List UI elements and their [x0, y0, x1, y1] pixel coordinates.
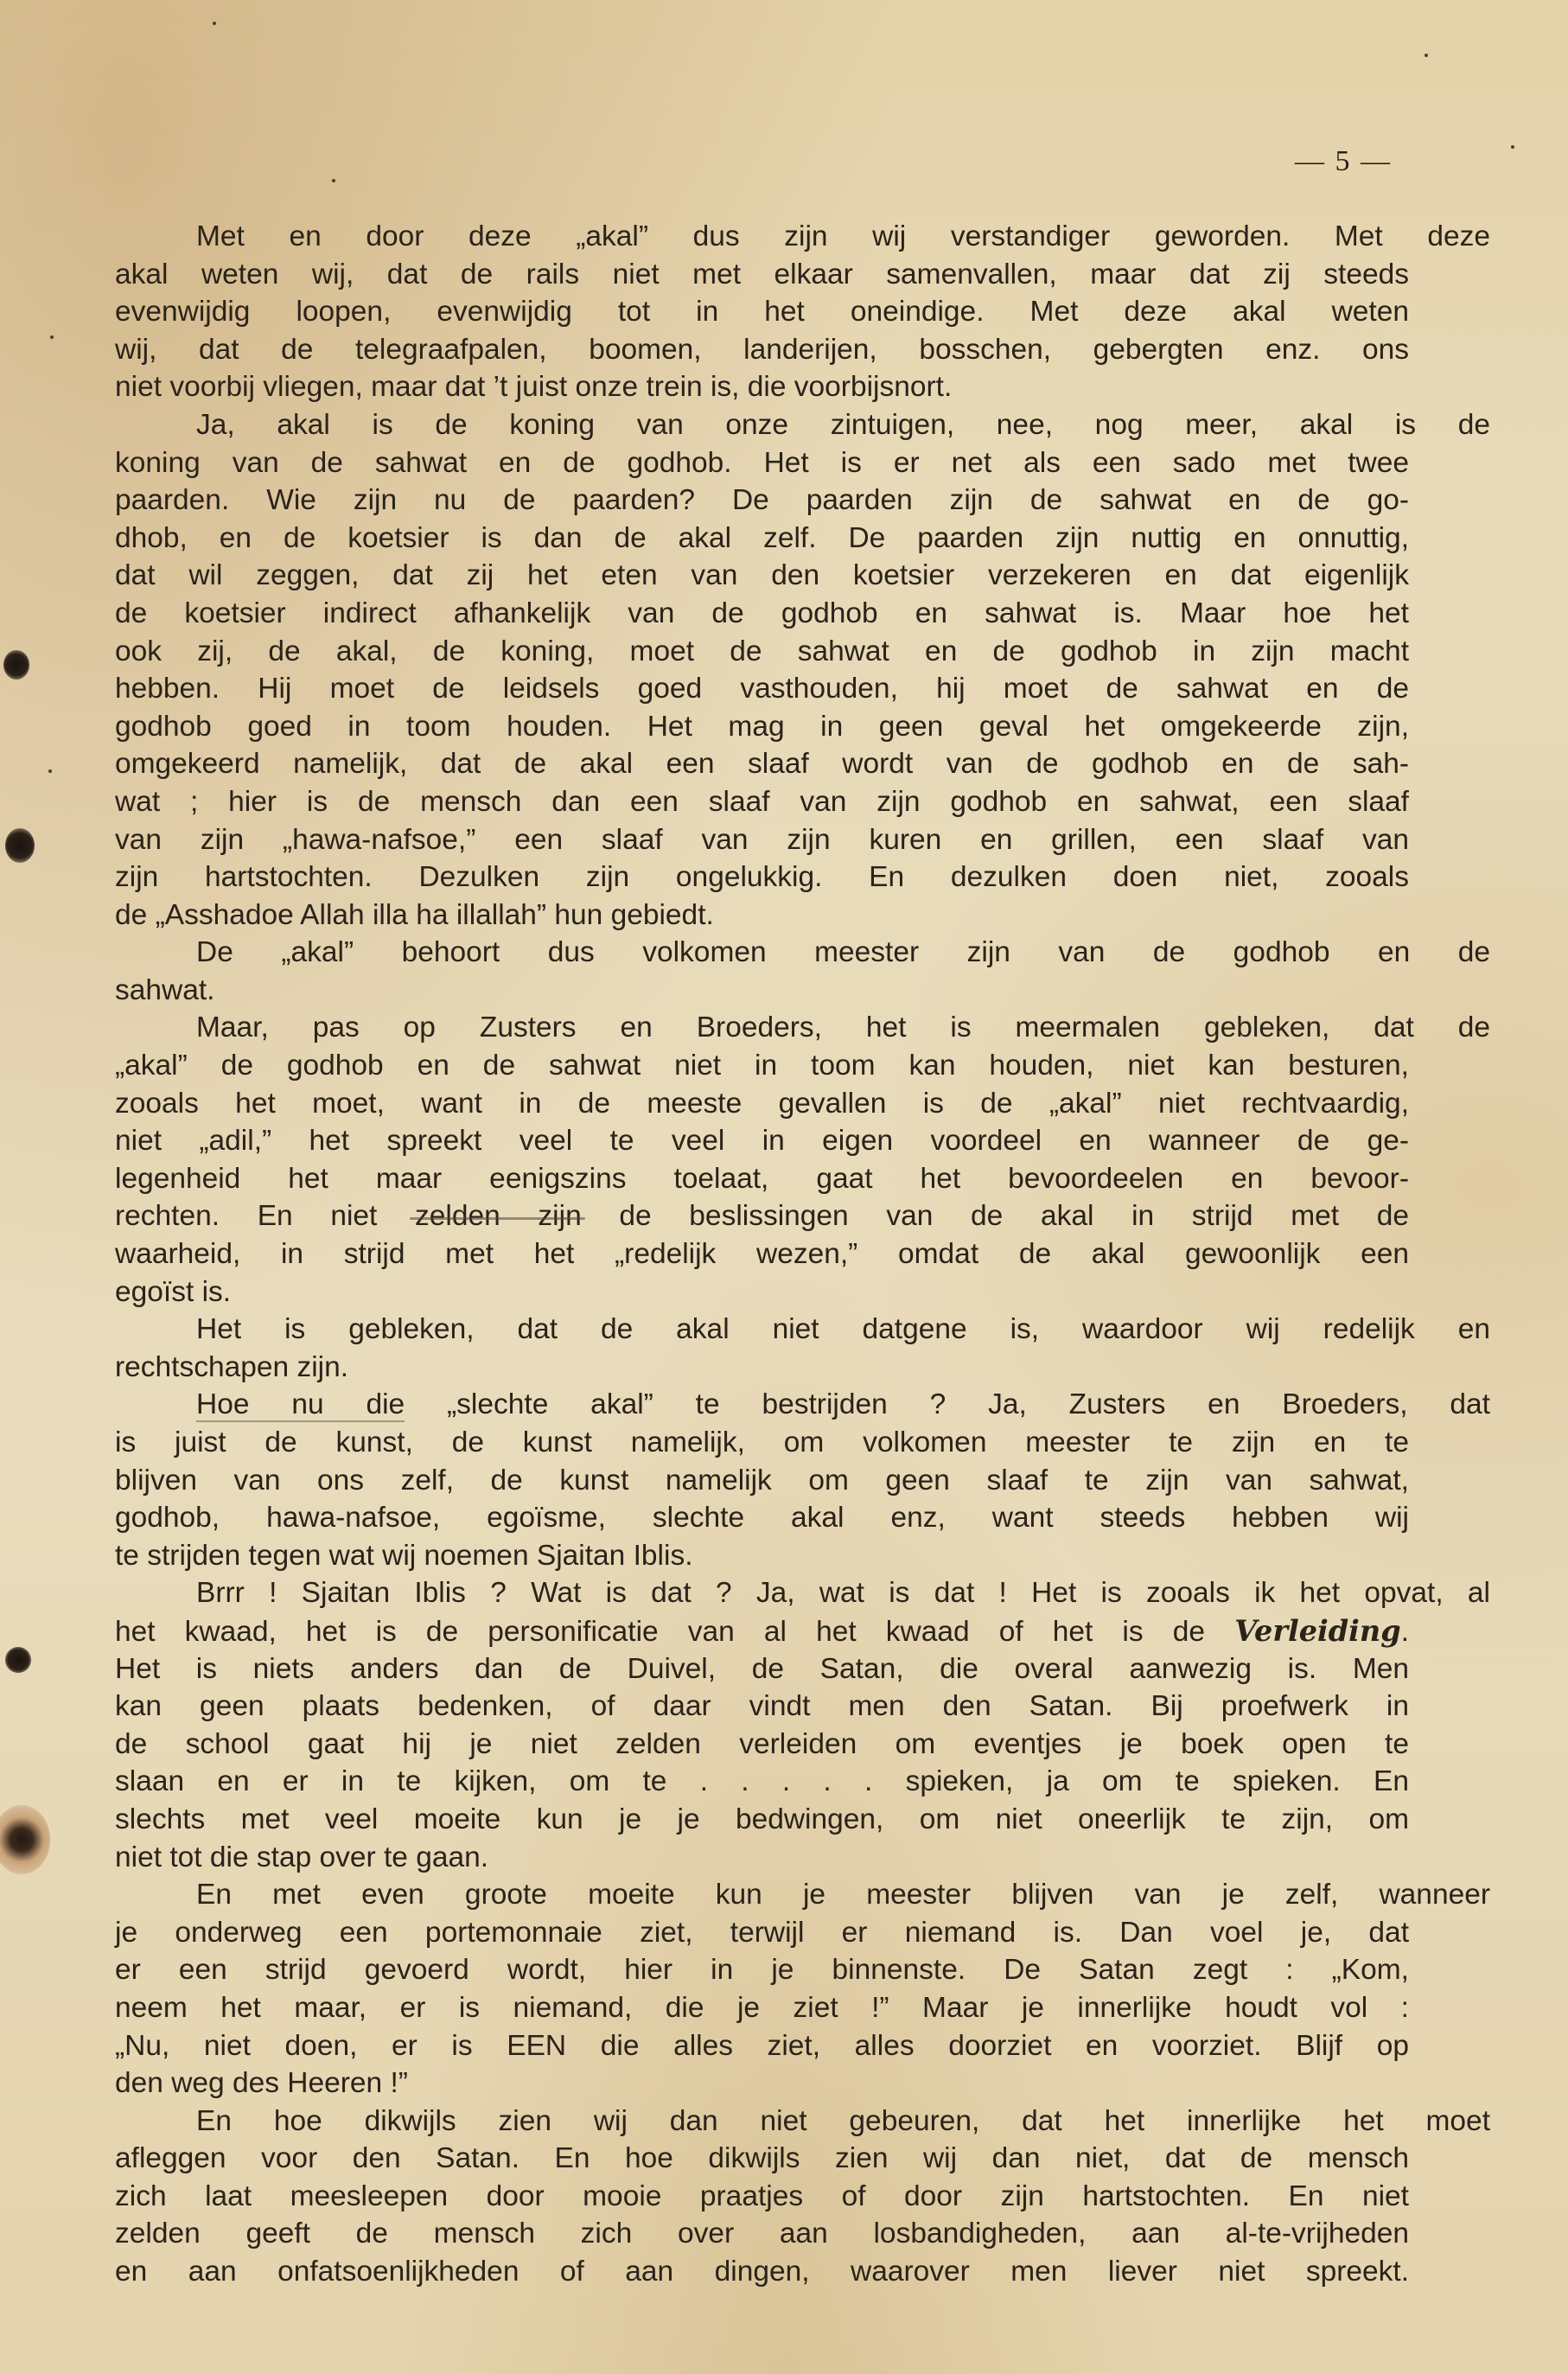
- text-line: En hoe dikwijls zien wij dan niet gebeur…: [115, 2103, 1490, 2141]
- ink-blot: [5, 1647, 31, 1673]
- text-line: godhob, hawa-nafsoe, egoïsme, slechte ak…: [115, 1499, 1409, 1537]
- scanned-page: — 5 — Met en door deze „akal” dus zijn w…: [0, 0, 1568, 2374]
- text-line: koning van de sahwat en de godhob. Het i…: [115, 444, 1409, 482]
- text-line: rechtschapen zijn.: [115, 1349, 1409, 1387]
- text-line: hebben. Hij moet de leidsels goed vastho…: [115, 670, 1409, 708]
- text-line: blijven van ons zelf, de kunst namelijk …: [115, 1462, 1409, 1500]
- text-line: Brrr ! Sjaitan Iblis ? Wat is dat ? Ja, …: [115, 1574, 1490, 1612]
- ink-blot: [3, 650, 29, 680]
- text-line: dat wil zeggen, dat zij het eten van den…: [115, 557, 1409, 595]
- text-line: evenwijdig loopen, evenwijdig tot in het…: [115, 293, 1409, 331]
- text-line: van zijn „hawa-nafsoe,” een slaaf van zi…: [115, 821, 1409, 859]
- text-line: rechten. En niet zelden zijn de beslissi…: [115, 1197, 1409, 1235]
- text-line: zijn hartstochten. Dezulken zijn ongeluk…: [115, 858, 1409, 897]
- text-line: ook zij, de akal, de koning, moet de sah…: [115, 633, 1409, 671]
- page-number: — 5 —: [1295, 145, 1392, 178]
- speck: [1511, 145, 1514, 149]
- text-line: niet tot die stap over te gaan.: [115, 1839, 1409, 1877]
- underlined-text: Hoe nu die: [196, 1388, 405, 1422]
- text-line: de school gaat hij je niet zelden verlei…: [115, 1726, 1409, 1764]
- text-line: dhob, en de koetsier is dan de akal zelf…: [115, 520, 1409, 558]
- text-line: „akal” de godhob en de sahwat niet in to…: [115, 1047, 1409, 1085]
- text-segment: rechten. En niet: [115, 1200, 415, 1232]
- text-line: Het is niets anders dan de Duivel, de Sa…: [115, 1650, 1409, 1688]
- text-line: Maar, pas op Zusters en Broeders, het is…: [115, 1009, 1490, 1047]
- text-line: niet voorbij vliegen, maar dat ’t juist …: [115, 368, 1409, 406]
- text-line: godhob goed in toom houden. Het mag in g…: [115, 708, 1409, 746]
- text-line: er een strijd gevoerd wordt, hier in je …: [115, 1951, 1409, 1989]
- text-line: De „akal” behoort dus volkomen meester z…: [115, 934, 1490, 972]
- text-line: paarden. Wie zijn nu de paarden? De paar…: [115, 482, 1409, 520]
- speck: [213, 22, 216, 25]
- text-line: „Nu, niet doen, er is EEN die alles ziet…: [115, 2027, 1409, 2065]
- text-line: de koetsier indirect afhankelijk van de …: [115, 595, 1409, 633]
- text-line: het kwaad, het is de personificatie van …: [115, 1612, 1409, 1650]
- text-line: is juist de kunst, de kunst namelijk, om…: [115, 1424, 1409, 1462]
- text-line: en aan onfatsoenlijkheden of aan dingen,…: [115, 2253, 1409, 2291]
- text-line: Het is gebleken, dat de akal niet datgen…: [115, 1311, 1490, 1349]
- text-line: zooals het moet, want in de meeste geval…: [115, 1085, 1409, 1123]
- text-line: je onderweg een portemonnaie ziet, terwi…: [115, 1914, 1409, 1952]
- text-line: neem het maar, er is niemand, die je zie…: [115, 1989, 1409, 2027]
- text-line: wij, dat de telegraafpalen, boomen, land…: [115, 331, 1409, 369]
- text-line: zelden geeft de mensch zich over aan los…: [115, 2215, 1409, 2253]
- struck-through-text: zelden zijn: [415, 1200, 582, 1232]
- speck: [332, 179, 335, 182]
- text-line: Met en door deze „akal” dus zijn wij ver…: [115, 218, 1490, 256]
- text-line: niet „adil,” het spreekt veel te veel in…: [115, 1122, 1409, 1160]
- text-segment: de beslissingen van de akal in strijd me…: [582, 1200, 1409, 1232]
- text-line: sahwat.: [115, 972, 1409, 1010]
- ink-stain: [0, 1805, 50, 1874]
- speck: [1425, 54, 1428, 57]
- ink-blot: [5, 828, 35, 863]
- body-text: Met en door deze „akal” dus zijn wij ver…: [115, 218, 1409, 2291]
- text-segment: „slechte akal” te bestrijden ? Ja, Zuste…: [405, 1388, 1490, 1420]
- text-line: afleggen voor den Satan. En hoe dikwijls…: [115, 2140, 1409, 2178]
- text-line: Hoe nu die „slechte akal” te bestrijden …: [115, 1386, 1490, 1424]
- text-line: omgekeerd namelijk, dat de akal een slaa…: [115, 745, 1409, 783]
- text-segment: .: [1401, 1616, 1409, 1648]
- text-line: Ja, akal is de koning van onze zintuigen…: [115, 406, 1490, 444]
- text-line: slaan en er in te kijken, om te . . . . …: [115, 1763, 1409, 1801]
- speck: [50, 335, 54, 339]
- text-line: En met even groote moeite kun je meester…: [115, 1876, 1490, 1914]
- emphasized-word: Verleiding: [1234, 1614, 1401, 1648]
- text-segment: het kwaad, het is de personificatie van …: [115, 1616, 1234, 1648]
- text-line: kan geen plaats bedenken, of daar vindt …: [115, 1688, 1409, 1726]
- text-line: legenheid het maar eenigszins toelaat, g…: [115, 1160, 1409, 1198]
- text-line: slechts met veel moeite kun je je bedwin…: [115, 1801, 1409, 1839]
- text-line: zich laat meesleepen door mooie praatjes…: [115, 2178, 1409, 2216]
- text-line: waarheid, in strijd met het „redelijk we…: [115, 1235, 1409, 1273]
- text-line: egoïst is.: [115, 1273, 1409, 1311]
- text-line: akal weten wij, dat de rails niet met el…: [115, 256, 1409, 294]
- text-line: wat ; hier is de mensch dan een slaaf va…: [115, 783, 1409, 821]
- text-line: de „Asshadoe Allah illa ha illallah” hun…: [115, 897, 1409, 935]
- speck: [48, 769, 52, 773]
- text-line: den weg des Heeren !”: [115, 2064, 1409, 2103]
- text-line: te strijden tegen wat wij noemen Sjaitan…: [115, 1537, 1409, 1575]
